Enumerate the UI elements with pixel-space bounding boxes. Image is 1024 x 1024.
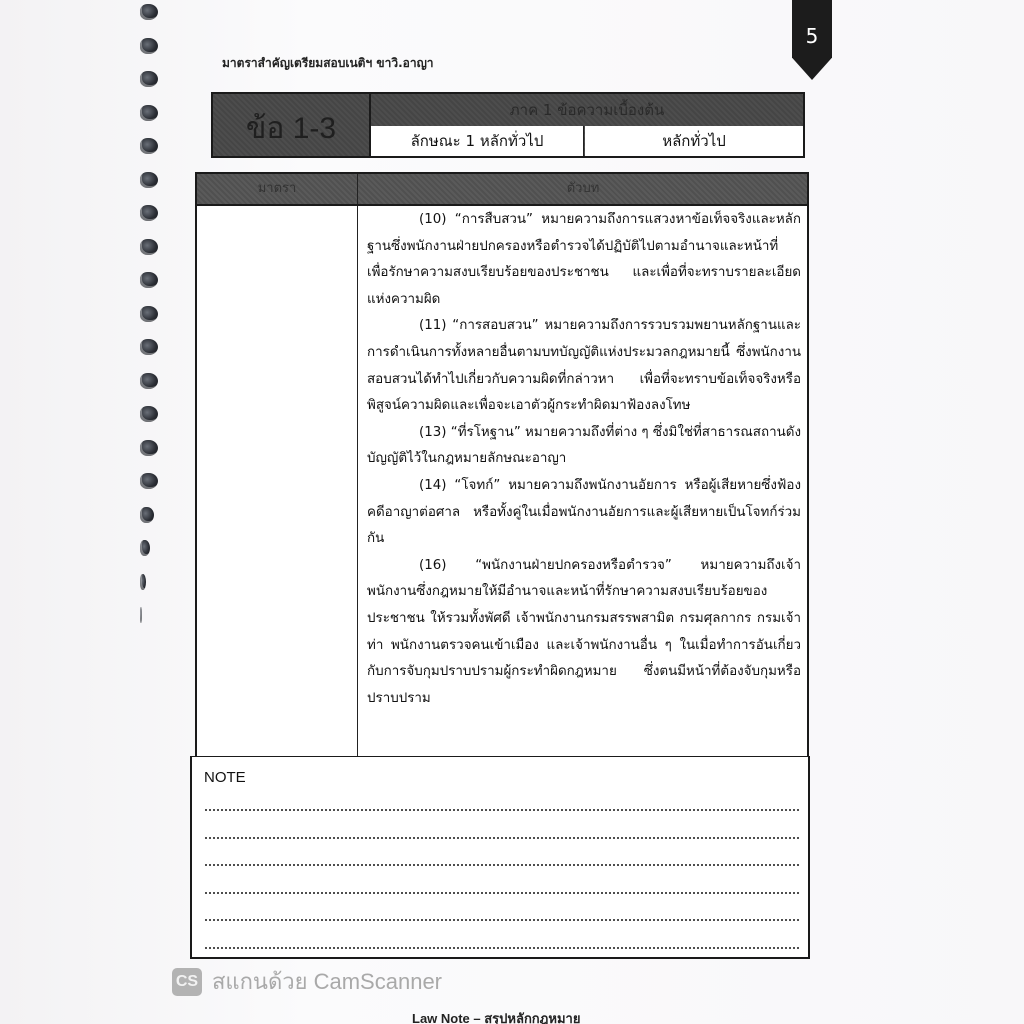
topic-label: หลักทั่วไป	[585, 126, 803, 156]
spiral-ring	[140, 607, 142, 623]
spiral-ring	[140, 406, 158, 422]
column-header-text: ตัวบท	[359, 174, 807, 204]
statute-paragraph: (11) “การสอบสวน” หมายความถึงการรวบรวมพยา…	[367, 313, 801, 419]
spiral-ring	[140, 71, 158, 87]
statute-text: (10) “การสืบสวน” หมายความถึงการแสวงหาข้อ…	[367, 207, 801, 712]
section-header-box: ข้อ 1-3 ภาค 1 ข้อความเบื้องต้น ลักษณะ 1 …	[211, 92, 805, 158]
column-divider	[357, 206, 358, 758]
spiral-ring	[140, 507, 154, 523]
spiral-ring	[140, 4, 158, 20]
camscanner-logo-icon: CS	[172, 968, 202, 996]
part-title: ภาค 1 ข้อความเบื้องต้น	[371, 94, 803, 126]
spiral-ring	[140, 205, 158, 221]
watermark-text: สแกนด้วย CamScanner	[212, 964, 442, 999]
statute-paragraph: (13) “ที่รโหฐาน” หมายความถึงที่ต่าง ๆ ซึ…	[367, 420, 801, 473]
spiral-ring	[140, 339, 158, 355]
chapter-label: ลักษณะ 1 หลักทั่วไป	[371, 126, 584, 156]
section-label: ข้อ 1-3	[213, 94, 371, 156]
spiral-ring	[140, 38, 158, 54]
page-number: 5	[792, 24, 832, 48]
page-number-tab: 5	[792, 0, 832, 80]
statute-paragraph: (10) “การสืบสวน” หมายความถึงการแสวงหาข้อ…	[367, 207, 801, 313]
spiral-ring	[140, 473, 158, 489]
spiral-ring	[140, 306, 158, 322]
note-box: NOTE	[190, 756, 810, 959]
table-header: มาตรา ตัวบท	[197, 174, 807, 206]
page-footer: Law Note – สรุปหลักกฎหมาย	[412, 1008, 580, 1024]
note-line	[204, 919, 800, 921]
note-line	[204, 947, 800, 949]
camscanner-watermark: CS สแกนด้วย CamScanner	[172, 964, 442, 999]
spiral-ring	[140, 172, 158, 188]
note-title: NOTE	[204, 769, 246, 786]
note-line	[204, 809, 800, 811]
spiral-ring	[140, 574, 146, 590]
spiral-ring	[140, 540, 150, 556]
statute-paragraph: (14) “โจทก์” หมายความถึงพนักงานอัยการ หร…	[367, 473, 801, 553]
note-line	[204, 892, 800, 894]
spiral-ring	[140, 440, 158, 456]
running-head: มาตราสำคัญเตรียมสอบเนติฯ ขาวิ.อาญา	[222, 54, 434, 73]
scanned-page: 5 มาตราสำคัญเตรียมสอบเนติฯ ขาวิ.อาญา ข้อ…	[0, 0, 1024, 1024]
column-header-section: มาตรา	[197, 174, 358, 204]
statute-table: มาตรา ตัวบท (10) “การสืบสวน” หมายความถึง…	[195, 172, 809, 760]
spiral-ring	[140, 239, 158, 255]
spiral-ring	[140, 373, 158, 389]
note-line	[204, 837, 800, 839]
spiral-ring	[140, 138, 158, 154]
note-line	[204, 864, 800, 866]
spiral-binding	[140, 0, 162, 640]
statute-paragraph: (16) “พนักงานฝ่ายปกครองหรือตำรวจ” หมายคว…	[367, 553, 801, 713]
spiral-ring	[140, 272, 158, 288]
spiral-ring	[140, 105, 158, 121]
